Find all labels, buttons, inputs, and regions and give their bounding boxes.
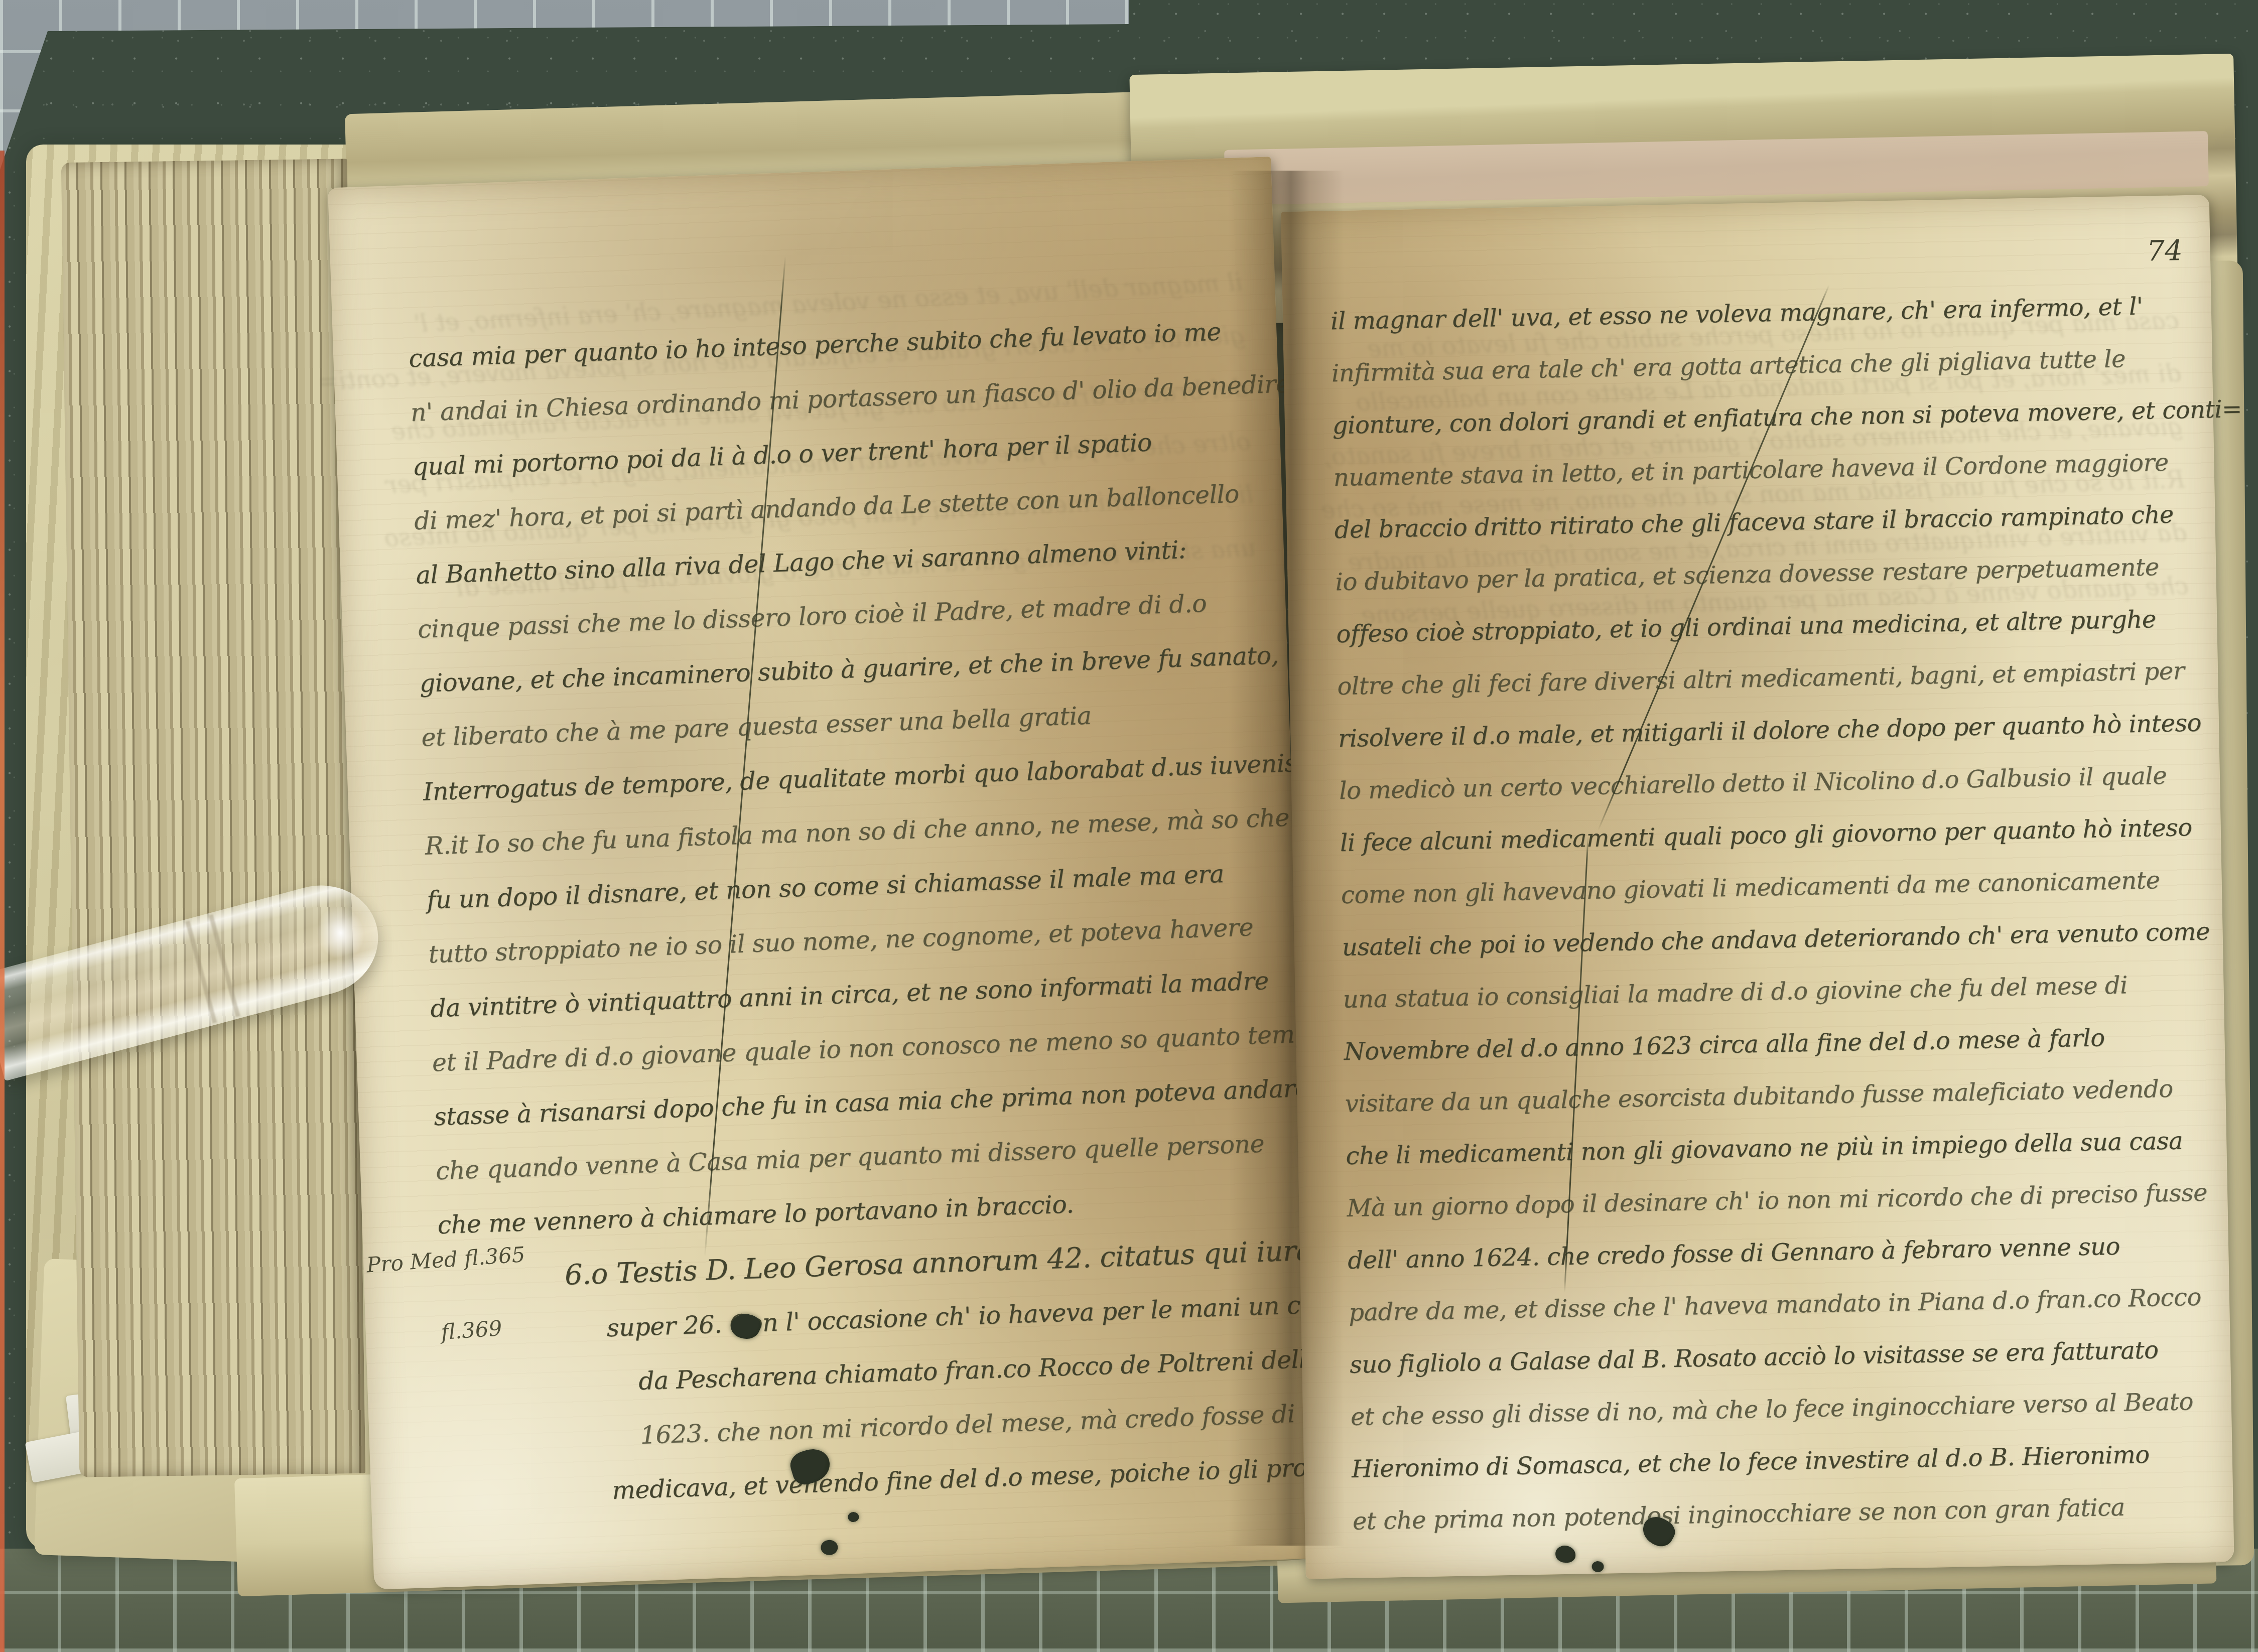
left-page-text: casa mia per quanto io ho inteso perche … — [408, 304, 1302, 1587]
margin-note: fl.369 — [440, 1316, 503, 1344]
page-number: 74 — [2147, 234, 2183, 267]
glass-rod-ring — [185, 920, 217, 1023]
glass-rod-ring — [209, 914, 240, 1017]
right-page-text: il magnar dell' uva, et esso ne voleva m… — [1330, 279, 2229, 1578]
gutter-shadow — [1229, 171, 1344, 1546]
document-photo: { "manuscript": { "page_number": "74", "… — [0, 0, 2258, 1652]
red-edge-line — [0, 151, 5, 1652]
left-page: il magnar dell' uva, et esso ne voleva m… — [328, 157, 1317, 1590]
left-fore-edge — [61, 159, 366, 1477]
right-page: casa mia per quanto io ho inteso perche … — [1281, 195, 2234, 1579]
